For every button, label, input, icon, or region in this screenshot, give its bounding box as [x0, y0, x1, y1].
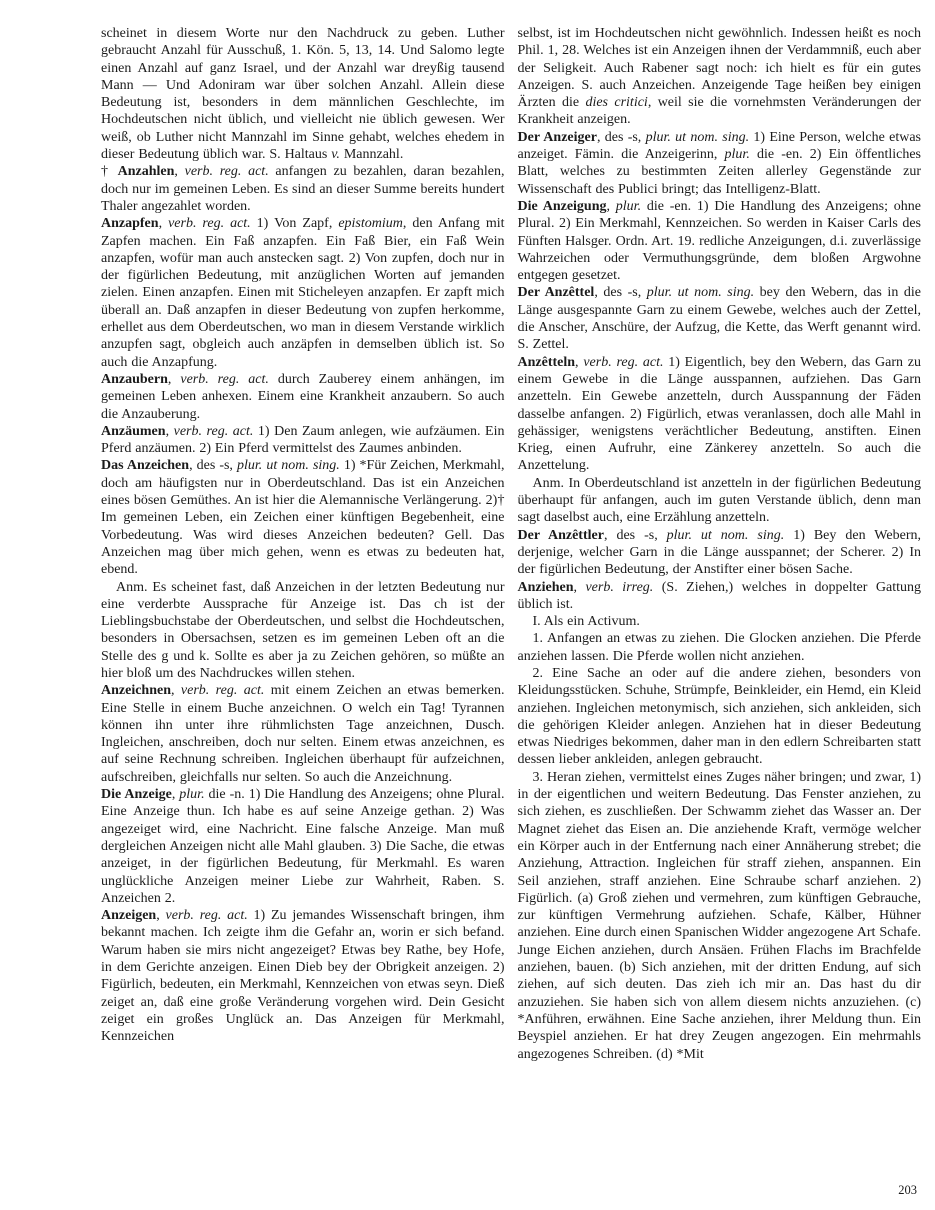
body-text: mit einem Zeichen an etwas bemerken. Ein…	[101, 683, 505, 784]
dictionary-paragraph: Anziehen, verb. irreg. (S. Ziehen,) welc…	[518, 579, 922, 614]
body-text: 1) Eigentlich, bey den Webern, das Garn …	[518, 355, 922, 474]
grammar-label: verb. reg. act.	[185, 164, 269, 179]
entry-headword: Anzeigen	[101, 908, 156, 923]
body-text: ,	[174, 164, 184, 179]
body-text: ,	[168, 372, 180, 387]
body-text: ,	[166, 424, 174, 439]
grammar-label: v.	[331, 147, 340, 162]
grammar-label: verb. reg. act.	[166, 908, 248, 923]
entry-headword: Anzêtteln	[518, 355, 576, 370]
entry-headword: Die Anzeigung	[518, 199, 607, 214]
entry-headword: Der Anzêttel	[518, 285, 595, 300]
grammar-label: dies critici	[585, 95, 647, 110]
body-text: I. Als ein Activum.	[533, 614, 640, 629]
body-text: scheinet in diesem Worte nur den Nachdru…	[101, 26, 505, 162]
dictionary-paragraph: Anm. Es scheinet fast, daß Anzeichen in …	[101, 579, 505, 683]
dictionary-paragraph: † Anzahlen, verb. reg. act. anfangen zu …	[101, 163, 505, 215]
body-text: , des -s,	[604, 528, 667, 543]
dictionary-paragraph: 2. Eine Sache an oder auf die andere zie…	[518, 665, 922, 769]
body-text: ,	[574, 580, 586, 595]
body-text: Anm. Es scheinet fast, daß Anzeichen in …	[101, 580, 505, 681]
text-column-right: selbst, ist im Hochdeutschen nicht gewöh…	[518, 25, 922, 1063]
entry-headword: Der Anzêttler	[518, 528, 604, 543]
body-text: die -n. 1) Die Handlung des Anzeigens; o…	[101, 787, 505, 906]
grammar-label: verb. reg. act.	[174, 424, 254, 439]
dictionary-paragraph: 1. Anfangen an etwas zu ziehen. Die Gloc…	[518, 630, 922, 665]
dictionary-paragraph: Die Anzeige, plur. die -n. 1) Die Handlu…	[101, 786, 505, 907]
dictionary-paragraph: selbst, ist im Hochdeutschen nicht gewöh…	[518, 25, 922, 129]
grammar-label: verb. reg. act.	[180, 372, 269, 387]
body-text: ,	[171, 683, 181, 698]
grammar-label: plur. ut nom. sing.	[237, 458, 340, 473]
body-text: Anm. In Oberdeutschland ist anzetteln in…	[518, 476, 922, 526]
entry-headword: Die Anzeige	[101, 787, 172, 802]
entry-headword: Anzaubern	[101, 372, 168, 387]
body-text: 1) Von Zapf,	[251, 216, 339, 231]
grammar-label: verb. reg. act.	[181, 683, 264, 698]
body-text: , des -s,	[594, 285, 646, 300]
dictionary-paragraph: 3. Heran ziehen, vermittelst eines Zuges…	[518, 769, 922, 1063]
text-column-left: scheinet in diesem Worte nur den Nachdru…	[101, 25, 505, 1063]
body-text: ,	[607, 199, 616, 214]
body-text: , des -s,	[189, 458, 237, 473]
body-text: ,	[159, 216, 169, 231]
dictionary-paragraph: Anzapfen, verb. reg. act. 1) Von Zapf, e…	[101, 215, 505, 371]
body-text: 1) Zu jemandes Wissenschaft bringen, ihm…	[101, 908, 505, 1044]
entry-headword: Anzeichnen	[101, 683, 171, 698]
body-text: , des -s,	[597, 130, 646, 145]
grammar-label: verb. reg. act.	[168, 216, 251, 231]
text-columns: scheinet in diesem Worte nur den Nachdru…	[101, 25, 921, 1063]
entry-headword: Anzäumen	[101, 424, 166, 439]
entry-headword: Anzahlen	[118, 164, 175, 179]
body-text: , den Anfang mit Zapfen machen. Ein Faß …	[101, 216, 505, 369]
grammar-label: plur.	[725, 147, 750, 162]
grammar-label: plur.	[179, 787, 204, 802]
dictionary-paragraph: Anzêtteln, verb. reg. act. 1) Eigentlich…	[518, 354, 922, 475]
grammar-label: verb. irreg.	[585, 580, 653, 595]
dictionary-paragraph: Der Anzêttel, des -s, plur. ut nom. sing…	[518, 284, 922, 353]
grammar-label: verb. reg. act.	[583, 355, 663, 370]
body-text: 1. Anfangen an etwas zu ziehen. Die Gloc…	[518, 631, 922, 663]
dictionary-paragraph: Der Anzeiger, des -s, plur. ut nom. sing…	[518, 129, 922, 198]
entry-headword: Das Anzeichen	[101, 458, 189, 473]
grammar-label: plur. ut nom. sing.	[667, 528, 785, 543]
dictionary-paragraph: Anzeichnen, verb. reg. act. mit einem Ze…	[101, 682, 505, 786]
body-text: †	[101, 164, 118, 179]
dictionary-paragraph: Die Anzeigung, plur. die -en. 1) Die Han…	[518, 198, 922, 284]
entry-headword: Der Anzeiger	[518, 130, 597, 145]
dictionary-paragraph: Das Anzeichen, des -s, plur. ut nom. sin…	[101, 457, 505, 578]
dictionary-paragraph: Anzaubern, verb. reg. act. durch Zaubere…	[101, 371, 505, 423]
entry-headword: Anzapfen	[101, 216, 159, 231]
dictionary-paragraph: Anzäumen, verb. reg. act. 1) Den Zaum an…	[101, 423, 505, 458]
entry-headword: Anziehen	[518, 580, 574, 595]
grammar-label: epistomium	[338, 216, 403, 231]
grammar-label: plur. ut nom. sing.	[646, 130, 750, 145]
grammar-label: plur. ut nom. sing.	[647, 285, 754, 300]
dictionary-paragraph: Der Anzêttler, des -s, plur. ut nom. sin…	[518, 527, 922, 579]
body-text: Mannzahl.	[340, 147, 403, 162]
body-text: 1) *Für Zeichen, Merkmahl, doch am häufi…	[101, 458, 505, 577]
page-number: 203	[898, 1184, 917, 1197]
body-text: ,	[156, 908, 165, 923]
body-text: 2. Eine Sache an oder auf die andere zie…	[518, 666, 922, 767]
dictionary-paragraph: Anzeigen, verb. reg. act. 1) Zu jemandes…	[101, 907, 505, 1045]
dictionary-paragraph: scheinet in diesem Worte nur den Nachdru…	[101, 25, 505, 163]
grammar-label: plur.	[616, 199, 641, 214]
dictionary-page: scheinet in diesem Worte nur den Nachdru…	[0, 0, 935, 1210]
dictionary-paragraph: I. Als ein Activum.	[518, 613, 922, 630]
dictionary-paragraph: Anm. In Oberdeutschland ist anzetteln in…	[518, 475, 922, 527]
body-text: 3. Heran ziehen, vermittelst eines Zuges…	[518, 770, 922, 1062]
